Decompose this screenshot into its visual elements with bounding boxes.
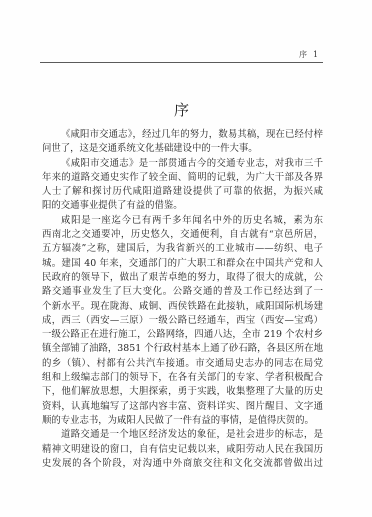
text-line: 五方辐凑”之称，建国后，为我省新兴的工业城市——纺织、电子 <box>42 242 323 256</box>
paragraph: 《咸阳市交通志》，经过几年的努力，数易其稿，现在已经付梓 问世了，这是交通系统文… <box>42 128 323 157</box>
text-line: 道路交通是一个地区经济发达的象征，是社会进步的标志，是 <box>42 428 323 442</box>
text-line: 问世了，这是交通系统文化基础建设中的一件大事。 <box>42 142 323 156</box>
text-line: 年来的道路交通史实作了较全面、简明的记载，为广大干部及各界 <box>42 171 323 185</box>
text-line: 精神文明建设的窗口，自有信史记载以来，咸阳劳动人民在我国历 <box>42 443 323 457</box>
text-line: 咸阳是一座迄今已有两千多年闻名中外的历史名城，素为东 <box>42 214 323 228</box>
text-line: 成，西三（西安—三原）一级公路已经通车，西宝（西安—宝鸡） <box>42 314 323 328</box>
text-line: 个新水平。现在陇海、咸铜、西侯铁路在此接轨，咸阳国际机场建 <box>42 300 323 314</box>
text-line: 《咸阳市交通志》，经过几年的努力，数易其稿，现在已经付梓 <box>42 128 323 142</box>
running-title: 序 <box>299 50 307 60</box>
text-line: 民政府的领导下，做出了艰苦卓绝的努力，取得了很大的成就，公 <box>42 271 323 285</box>
text-line: 史发展的各个阶段，对沟通中外商旅交往和文化交流都曾做出过 <box>42 457 323 471</box>
text-line: 《咸阳市交通志》是一部贯通古今的交通专业志，对我市三千 <box>42 157 323 171</box>
text-line: 一级公路正在进行施工，公路网络，四通八达，全市 219 个农村乡 <box>42 328 323 342</box>
text-line: 阳的交通事业提供了有益的借鉴。 <box>42 199 323 213</box>
running-header: 序 1 <box>40 48 323 63</box>
text-line: 顺的专业志书，为咸阳人民做了一件有益的事情，是值得庆贺的。 <box>42 414 323 428</box>
paragraph: 《咸阳市交通志》是一部贯通古今的交通专业志，对我市三千 年来的道路交通史实作了较… <box>42 157 323 214</box>
text-line: 资料，认真地编写了这部内容丰富、资料详实、图片醒目、文字通 <box>42 400 323 414</box>
text-line: 人士了解和探讨历代咸阳道路建设提供了可靠的依据，为振兴咸 <box>42 185 323 199</box>
text-line: 下，他们解放思想，大胆探索，勇于实践，收集整理了大量的历史 <box>42 385 323 399</box>
page-number: 1 <box>313 50 318 60</box>
chapter-title: 序 <box>0 101 363 119</box>
book-page: 序 1 序 《咸阳市交通志》，经过几年的努力，数易其稿，现在已经付梓 问世了，这… <box>0 0 372 517</box>
paragraph: 咸阳是一座迄今已有两千多年闻名中外的历史名城，素为东 西南北之交通要冲，历史悠久… <box>42 214 323 428</box>
text-line: 镇全部铺了油路，3851 个行政村基本上通了砂石路，各县区所在地 <box>42 342 323 356</box>
body-text: 《咸阳市交通志》，经过几年的努力，数易其稿，现在已经付梓 问世了，这是交通系统文… <box>42 128 323 471</box>
text-line: 西南北之交通要冲，历史悠久，交通便利，自古就有“京邑所居， <box>42 228 323 242</box>
text-line: 组和上级编志部门的领导下，在各有关部门的专家、学者积极配合 <box>42 371 323 385</box>
text-line: 路交通事业发生了巨大变化。公路交通的普及工作已经达到了一 <box>42 285 323 299</box>
text-line: 城。建国 40 年来，交通部门的广大职工和群众在中国共产党和人 <box>42 257 323 271</box>
text-line: 的乡（镇）、村都有公共汽车接通。市交通局史志办的同志在局党 <box>42 357 323 371</box>
paragraph: 道路交通是一个地区经济发达的象征，是社会进步的标志，是 精神文明建设的窗口，自有… <box>42 428 323 471</box>
